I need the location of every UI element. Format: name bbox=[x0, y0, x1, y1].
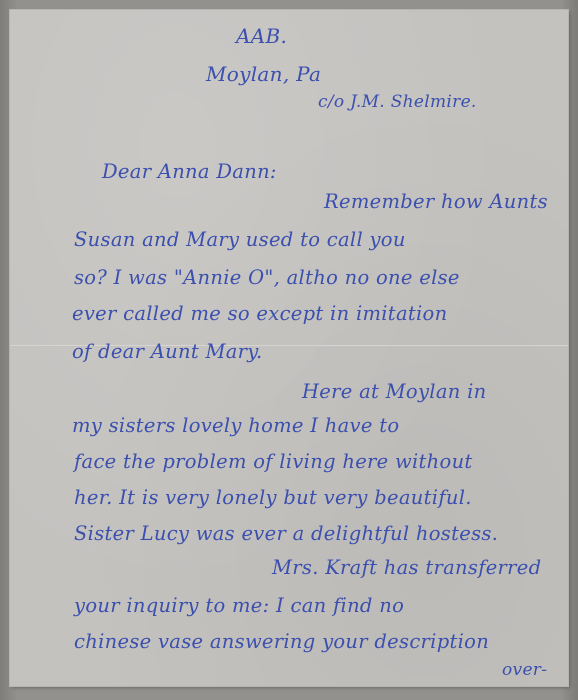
letter-line: her. It is very lonely but very beautifu… bbox=[74, 486, 472, 509]
salutation: Dear Anna Dann: bbox=[102, 160, 277, 183]
letter-page: AAB. Moylan, Pa c/o J.M. Shelmire. Dear … bbox=[10, 10, 568, 686]
letter-line: my sisters lovely home I have to bbox=[72, 414, 399, 437]
letter-line: of dear Aunt Mary. bbox=[72, 340, 263, 363]
letter-line: Mrs. Kraft has transferred bbox=[272, 556, 541, 579]
letter-line: Here at Moylan in bbox=[302, 380, 487, 403]
letter-line: your inquiry to me: I can find no bbox=[74, 594, 404, 617]
header-place: Moylan, Pa bbox=[206, 62, 321, 86]
letter-line: ever called me so except in imitation bbox=[72, 302, 447, 325]
letter-line: so? I was "Annie O", altho no one else bbox=[74, 266, 460, 289]
letter-line: face the problem of living here without bbox=[74, 450, 473, 473]
letter-line: Remember how Aunts bbox=[324, 190, 548, 213]
letter-line: Susan and Mary used to call you bbox=[74, 228, 406, 251]
header-initials: AAB. bbox=[236, 24, 287, 48]
continuation-mark: over- bbox=[502, 660, 547, 680]
letter-line: Sister Lucy was ever a delightful hostes… bbox=[74, 522, 498, 545]
header-care-of: c/o J.M. Shelmire. bbox=[318, 92, 477, 112]
letter-line: chinese vase answering your description bbox=[74, 630, 489, 653]
